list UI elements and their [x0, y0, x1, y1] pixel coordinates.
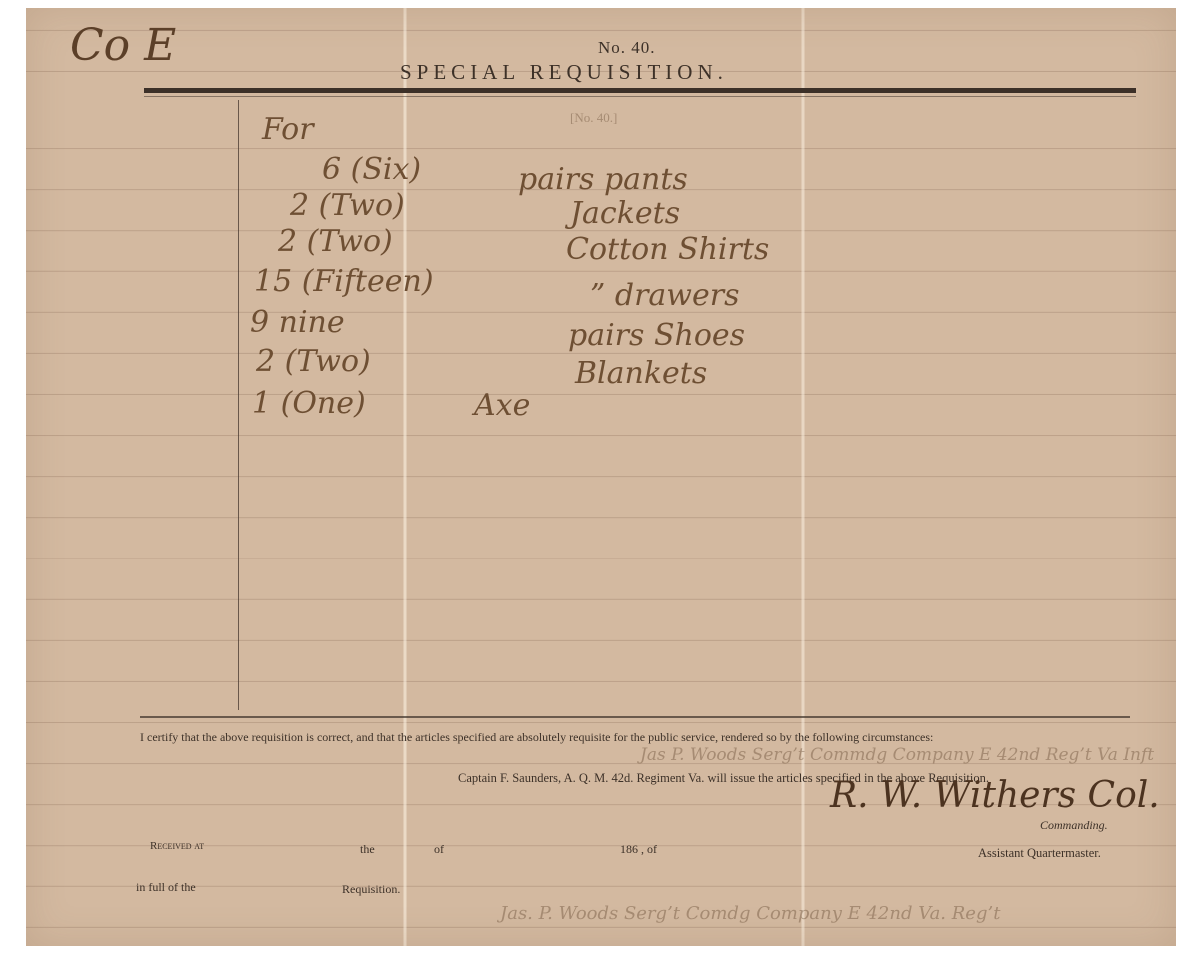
signature-title: Commanding. [1040, 818, 1108, 833]
form-number: No. 40. [598, 38, 656, 58]
item-description: pairs Shoes [568, 318, 745, 353]
header-rule [144, 88, 1136, 93]
company-note: Co E [70, 20, 176, 71]
header-rule-thin [144, 96, 1136, 97]
received-at-label: Received at [150, 840, 204, 852]
item-quantity: 9 nine [250, 305, 345, 340]
item-description: ” drawers [590, 278, 739, 313]
the-label: the [360, 842, 375, 857]
bottom-signature: Jas. P. Woods Serg’t Comdg Company E 42n… [500, 903, 1000, 924]
item-quantity: 2 (Two) [256, 344, 371, 379]
item-quantity: 2 (Two) [278, 224, 393, 259]
requisition-label: Requisition. [342, 882, 400, 897]
item-description: Axe [474, 388, 530, 423]
item-quantity: 6 (Six) [322, 152, 421, 187]
items-bottom-rule [140, 716, 1130, 718]
circumstances-note: Jas P. Woods Serg’t Commdg Company E 42n… [640, 745, 1154, 765]
assistant-quartermaster-label: Assistant Quartermaster. [978, 846, 1101, 861]
intro-word: For [262, 112, 314, 147]
item-quantity: 1 (One) [252, 386, 366, 421]
margin-line [238, 100, 239, 710]
item-description: Blankets [575, 356, 707, 391]
item-quantity: 15 (Fifteen) [254, 264, 434, 299]
item-description: Jackets [570, 196, 680, 231]
item-description: Cotton Shirts [566, 232, 769, 267]
certification-text: I certify that the above requisition is … [140, 730, 933, 745]
form-title: SPECIAL REQUISITION. [400, 60, 728, 85]
faint-stamp: [No. 40.] [570, 110, 617, 126]
item-quantity: 2 (Two) [290, 188, 405, 223]
item-description: pairs pants [518, 162, 688, 197]
year-label: 186 , of [620, 842, 657, 857]
in-full-label: in full of the [136, 880, 196, 895]
commander-signature: R. W. Withers Col. [830, 775, 1160, 816]
of-label: of [434, 842, 444, 857]
